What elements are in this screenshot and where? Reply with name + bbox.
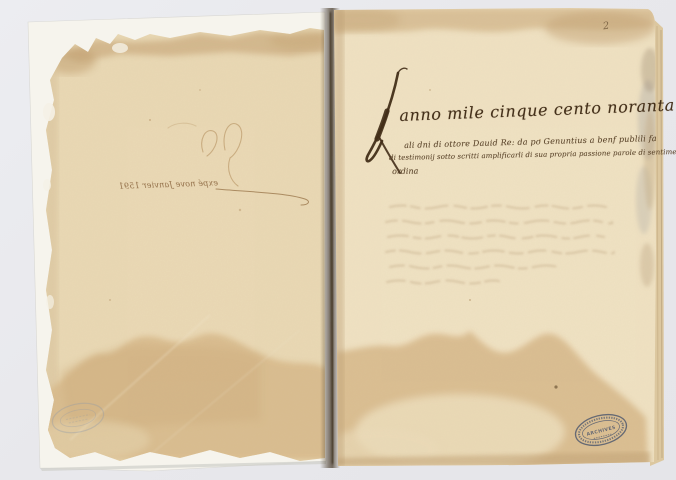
folio-number: 2 xyxy=(602,21,610,33)
right-page: ARCHIVES xyxy=(320,8,664,472)
manuscript-scan: ARCHIVES expé nove Janvier 1591 2 anno m… xyxy=(0,0,676,480)
manuscript-artwork: ARCHIVES xyxy=(0,0,676,480)
manuscript-line-3: ordina xyxy=(392,167,418,176)
left-page xyxy=(28,12,330,471)
